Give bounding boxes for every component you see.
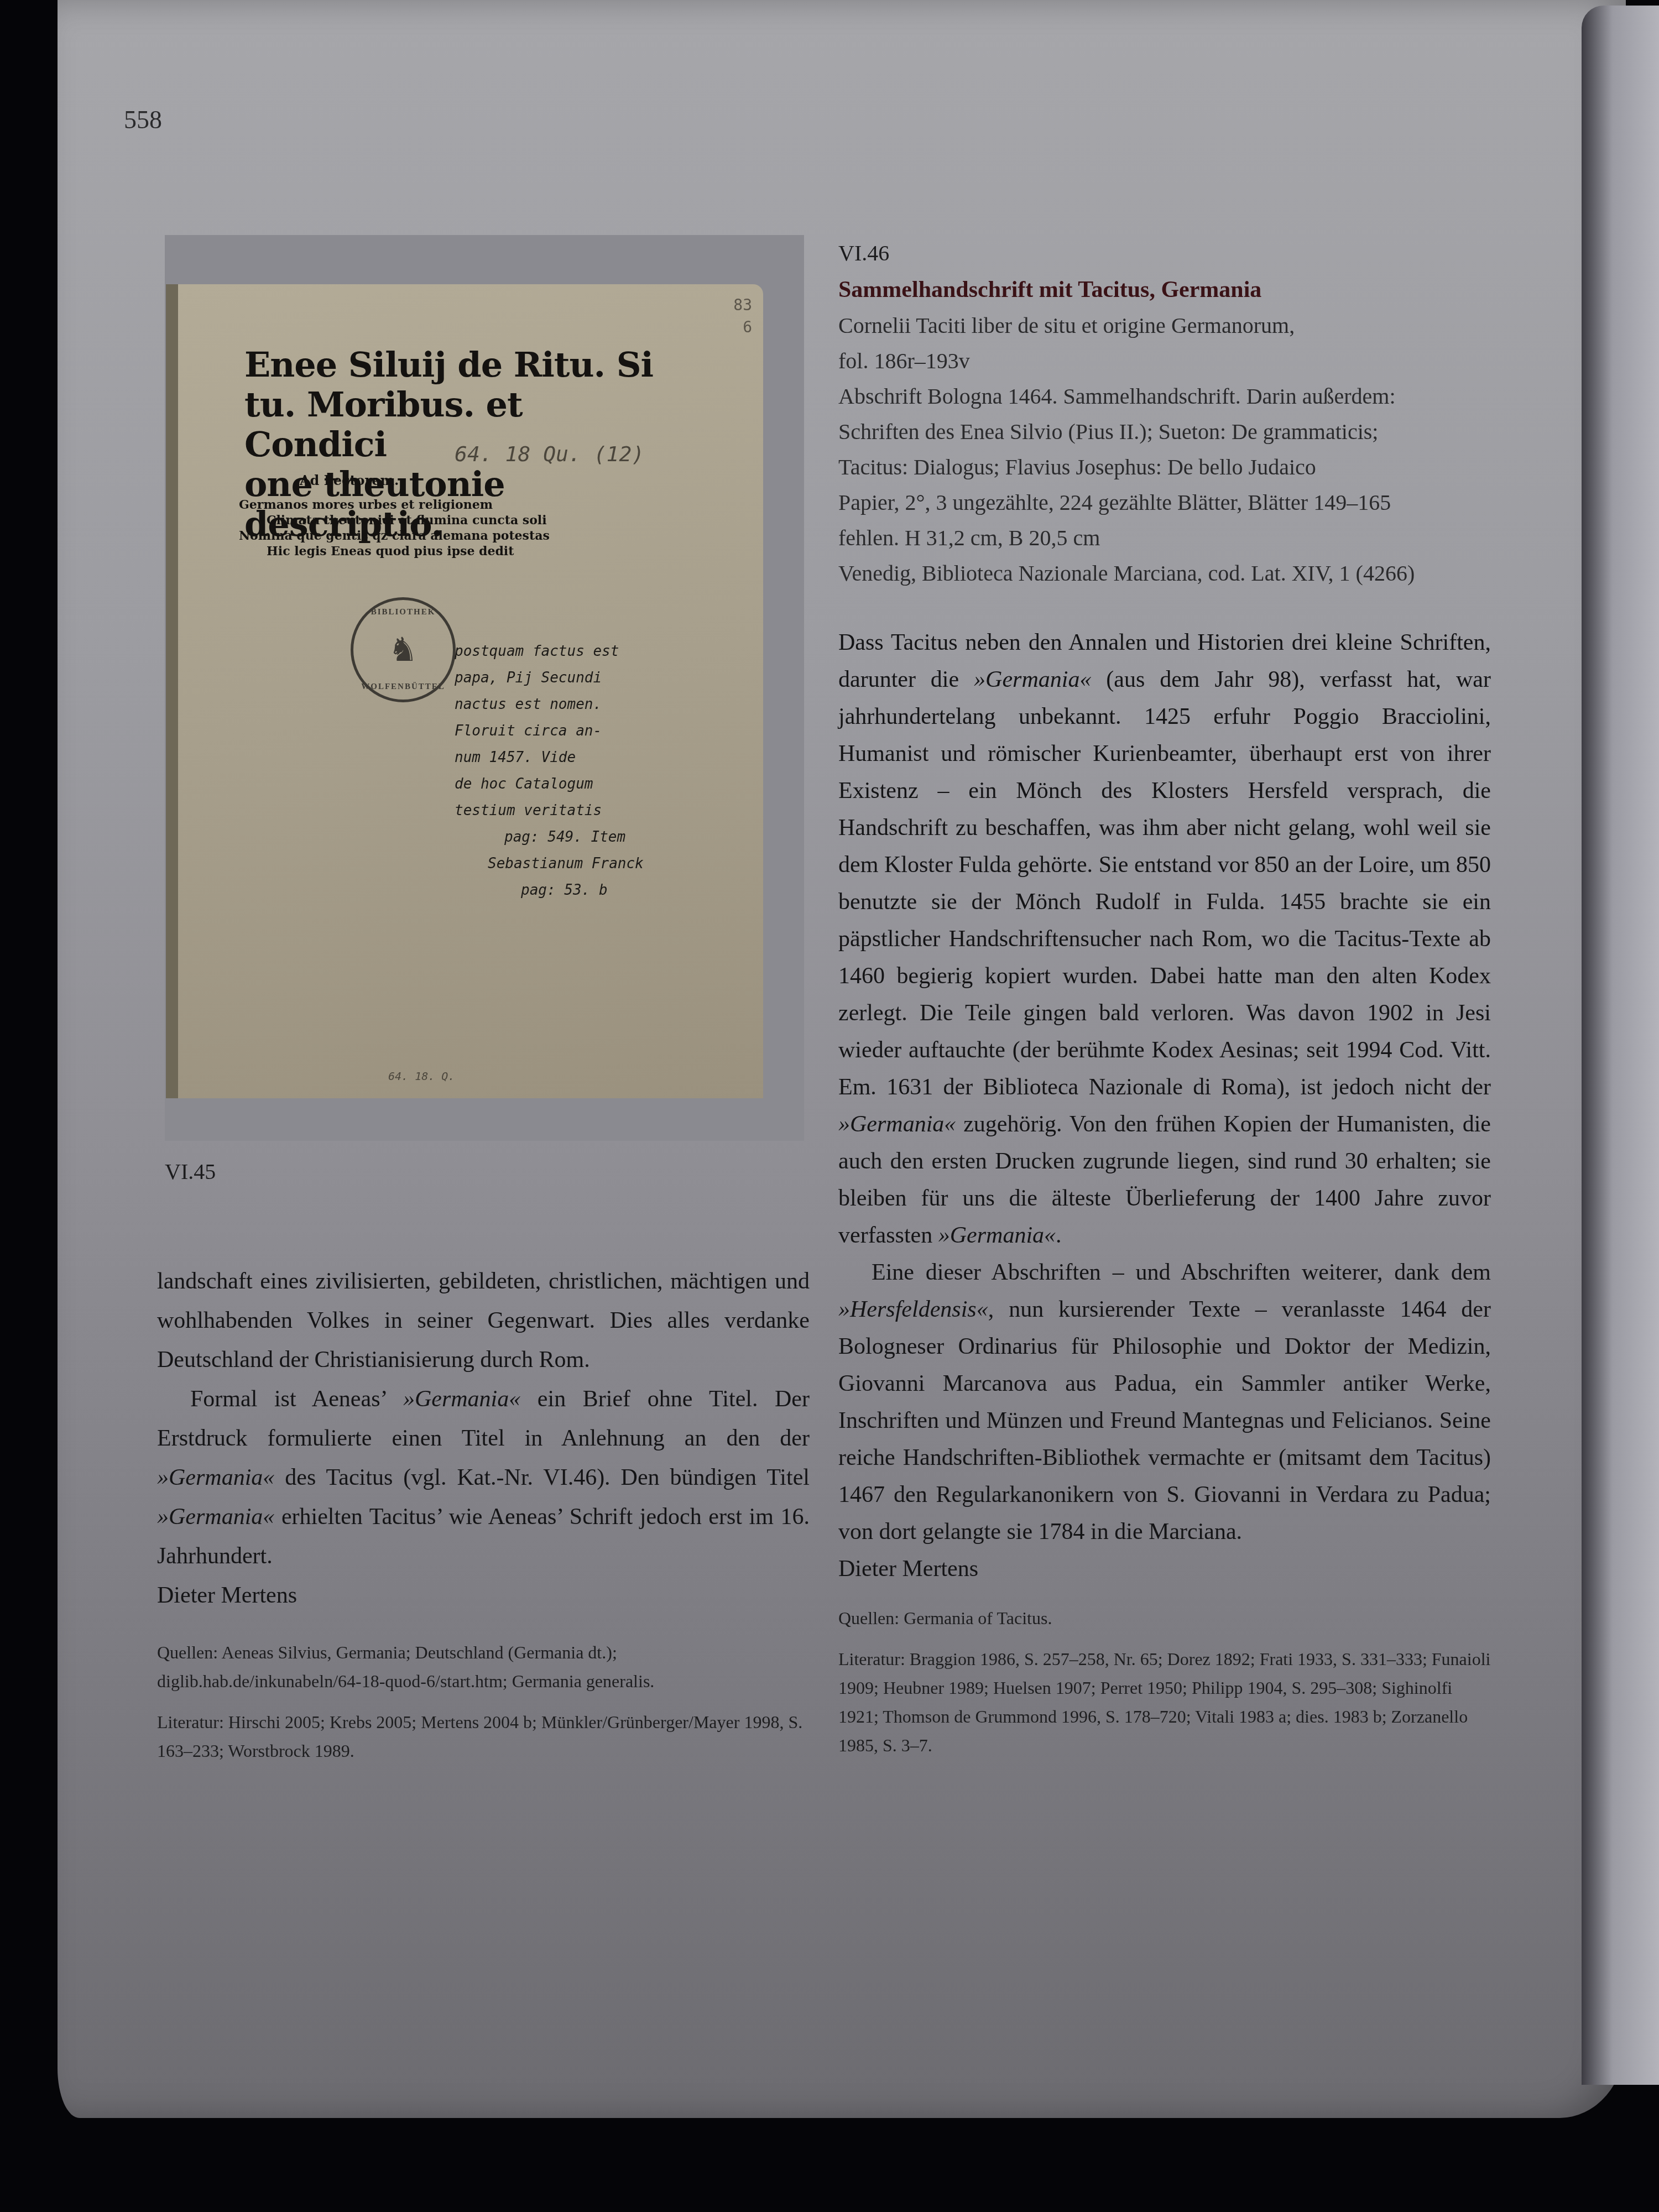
references-right: Quellen: Germania of Tacitus. Literatur:… [838, 1604, 1491, 1772]
library-stamp: BIBLIOTHEK ♞ WOLFENBÜTTEL [351, 597, 456, 702]
paragraph: Dass Tacitus neben den Annalen und Histo… [838, 624, 1491, 1254]
paragraph: landschaft eines zivilisierten, gebildet… [157, 1262, 810, 1380]
paragraph: Eine dieser Abschriften – und Abschrifte… [838, 1254, 1491, 1551]
facsimile-ad-lectorem: Ad Lectorem. [300, 472, 399, 488]
entry-body: Dass Tacitus neben den Annalen und Histo… [838, 624, 1491, 1588]
facsimile-footer-shelfmark: 64. 18. Q. [388, 1070, 455, 1083]
figure-caption-id: VI.45 [165, 1159, 216, 1185]
sources-right: Quellen: Germania of Tacitus. [838, 1604, 1491, 1632]
entry-id: VI.46 [838, 235, 1491, 272]
horse-icon: ♞ [388, 630, 418, 669]
facsimile-corner-marks: 83 6 [733, 294, 752, 338]
literature-left: Literatur: Hirschi 2005; Krebs 2005; Mer… [157, 1708, 810, 1765]
facsimile-shelfmark: 64. 18 Qu. (12) [455, 442, 644, 466]
sources-left: Quellen: Aeneas Silvius, Germania; Deuts… [157, 1638, 810, 1695]
facsimile-image: 83 6 Enee Siluij de Ritu. Si tu. Moribus… [166, 284, 763, 1098]
next-page-edge [1582, 6, 1659, 2085]
paragraph: Formal ist Aeneas’ »Germania« ein Brief … [157, 1380, 810, 1576]
left-column-text: landschaft eines zivilisierten, gebildet… [157, 1262, 810, 1615]
author-left: Dieter Mertens [157, 1576, 810, 1615]
left-paragraphs: landschaft eines zivilisierten, gebildet… [157, 1262, 810, 1576]
handwritten-note: postquam factus est papa, Pij Secundi na… [455, 638, 676, 904]
references-left: Quellen: Aeneas Silvius, Germania; Deuts… [157, 1638, 810, 1777]
page-number: 558 [124, 105, 162, 134]
author-right: Dieter Mertens [838, 1551, 1491, 1588]
entry-title: Sammelhandschrift mit Tacitus, Germania [838, 272, 1491, 308]
entry-metadata: Cornelii Taciti liber de situ et origine… [838, 308, 1491, 591]
literature-right: Literatur: Braggion 1986, S. 257–258, Nr… [838, 1645, 1491, 1760]
right-paragraphs: Dass Tacitus neben den Annalen und Histo… [838, 624, 1491, 1551]
facsimile-poem: Germanos mores urbes et religionem Clima… [239, 497, 571, 559]
right-column-entry: VI.46 Sammelhandschrift mit Tacitus, Ger… [838, 235, 1491, 1588]
